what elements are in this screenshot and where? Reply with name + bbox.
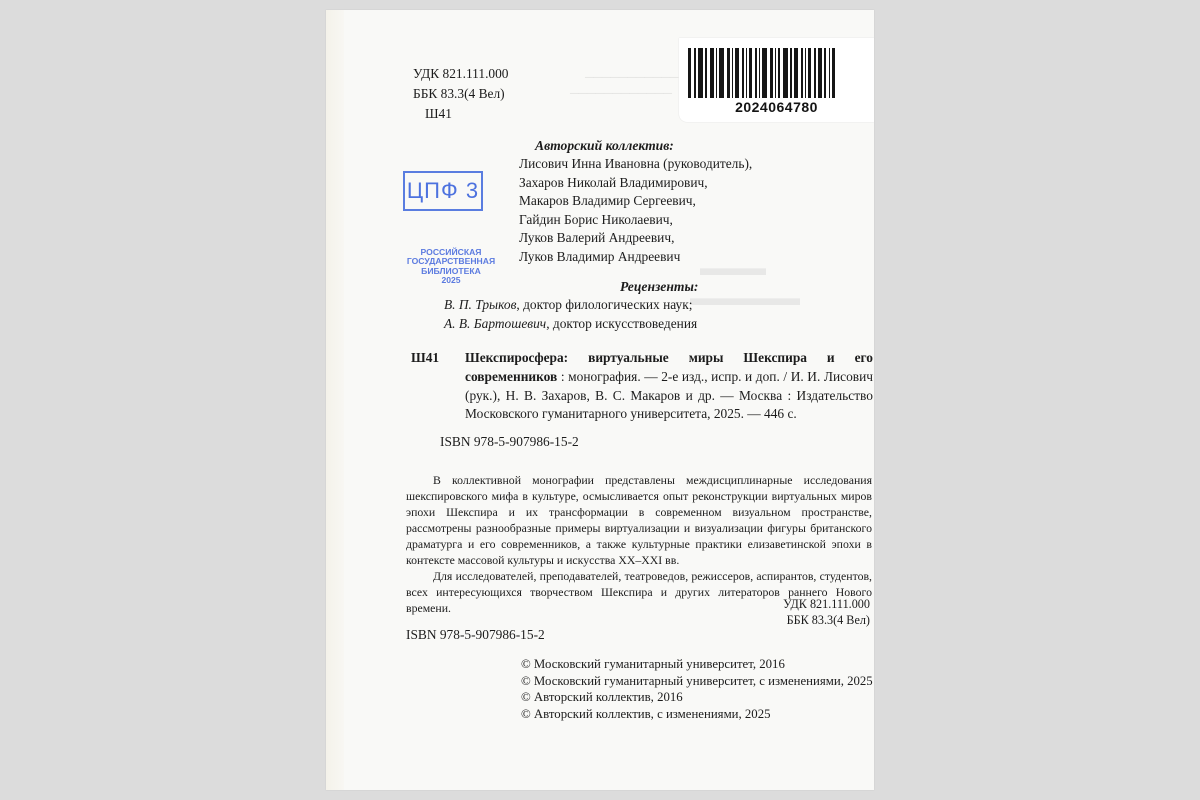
library-stamp-line: 2025 <box>403 276 499 285</box>
udk-code: УДК 821.111.000 <box>783 596 870 612</box>
copyright-line: © Московский гуманитарный университет, 2… <box>521 656 873 673</box>
barcode-sticker: 2024064780 <box>679 38 874 122</box>
author-item: Лисович Инна Ивановна (руководитель), <box>519 155 752 174</box>
udk-code: УДК 821.111.000 <box>413 64 509 84</box>
authors-list: Лисович Инна Ивановна (руководитель), За… <box>519 155 752 267</box>
index-codes: УДК 821.111.000 ББК 83.3(4 Вел) <box>783 596 870 628</box>
catalog-entry: Ш41 Шекспиросфера: виртуальные миры Шекс… <box>411 349 873 424</box>
authors-heading: Авторский коллектив: <box>535 138 674 154</box>
isbn-bottom: ISBN 978-5-907986-15-2 <box>406 627 545 643</box>
reviewer-item: А. В. Бартошевич, доктор искусствоведени… <box>444 315 697 334</box>
page-edge <box>326 10 344 790</box>
catalog-code: Ш41 <box>411 349 439 368</box>
reviewers-list: В. П. Трыков, доктор филологических наук… <box>444 296 697 333</box>
author-item: Захаров Николай Владимирович, <box>519 174 752 193</box>
reviewer-item: В. П. Трыков, доктор филологических наук… <box>444 296 697 315</box>
annotation-paragraph: В коллективной монографии представлены м… <box>406 472 872 568</box>
copyright-block: © Московский гуманитарный университет, 2… <box>521 656 873 722</box>
reviewer-degree: , доктор искусствоведения <box>546 316 697 331</box>
author-mark: Ш41 <box>413 104 509 124</box>
annotation: В коллективной монографии представлены м… <box>406 472 872 616</box>
catalog-description: Шекспиросфера: виртуальные миры Шекспира… <box>465 349 873 424</box>
barcode-icon <box>688 48 837 98</box>
reviewer-name: А. В. Бартошевич <box>444 316 546 331</box>
barcode-number: 2024064780 <box>679 99 874 115</box>
author-item: Луков Владимир Андреевич <box>519 248 752 267</box>
reviewer-name: В. П. Трыков <box>444 297 516 312</box>
bbk-code: ББК 83.3(4 Вел) <box>783 612 870 628</box>
cpf-stamp: ЦПФ 3 <box>403 171 483 211</box>
reviewer-degree: , доктор филологических наук; <box>516 297 692 312</box>
copyright-line: © Авторский коллектив, 2016 <box>521 689 873 706</box>
reviewers-heading: Рецензенты: <box>620 279 698 295</box>
isbn-entry: ISBN 978-5-907986-15-2 <box>440 434 579 450</box>
header-codes: УДК 821.111.000 ББК 83.3(4 Вел) Ш41 <box>413 64 509 124</box>
copyright-line: © Московский гуманитарный университет, с… <box>521 673 873 690</box>
bbk-code: ББК 83.3(4 Вел) <box>413 84 509 104</box>
author-item: Гайдин Борис Николаевич, <box>519 211 752 230</box>
bleed-through-text: ──────────── <box>570 86 672 101</box>
bleed-through-text: ─────────── <box>585 70 679 85</box>
copyright-line: © Авторский коллектив, с изменениями, 20… <box>521 706 873 723</box>
author-item: Луков Валерий Андреевич, <box>519 229 752 248</box>
bleed-through-text: ▬▬▬▬▬ <box>690 285 800 311</box>
library-stamp: РОССИЙСКАЯ ГОСУДАРСТВЕННАЯ БИБЛИОТЕКА 20… <box>403 248 499 286</box>
author-item: Макаров Владимир Сергеевич, <box>519 192 752 211</box>
